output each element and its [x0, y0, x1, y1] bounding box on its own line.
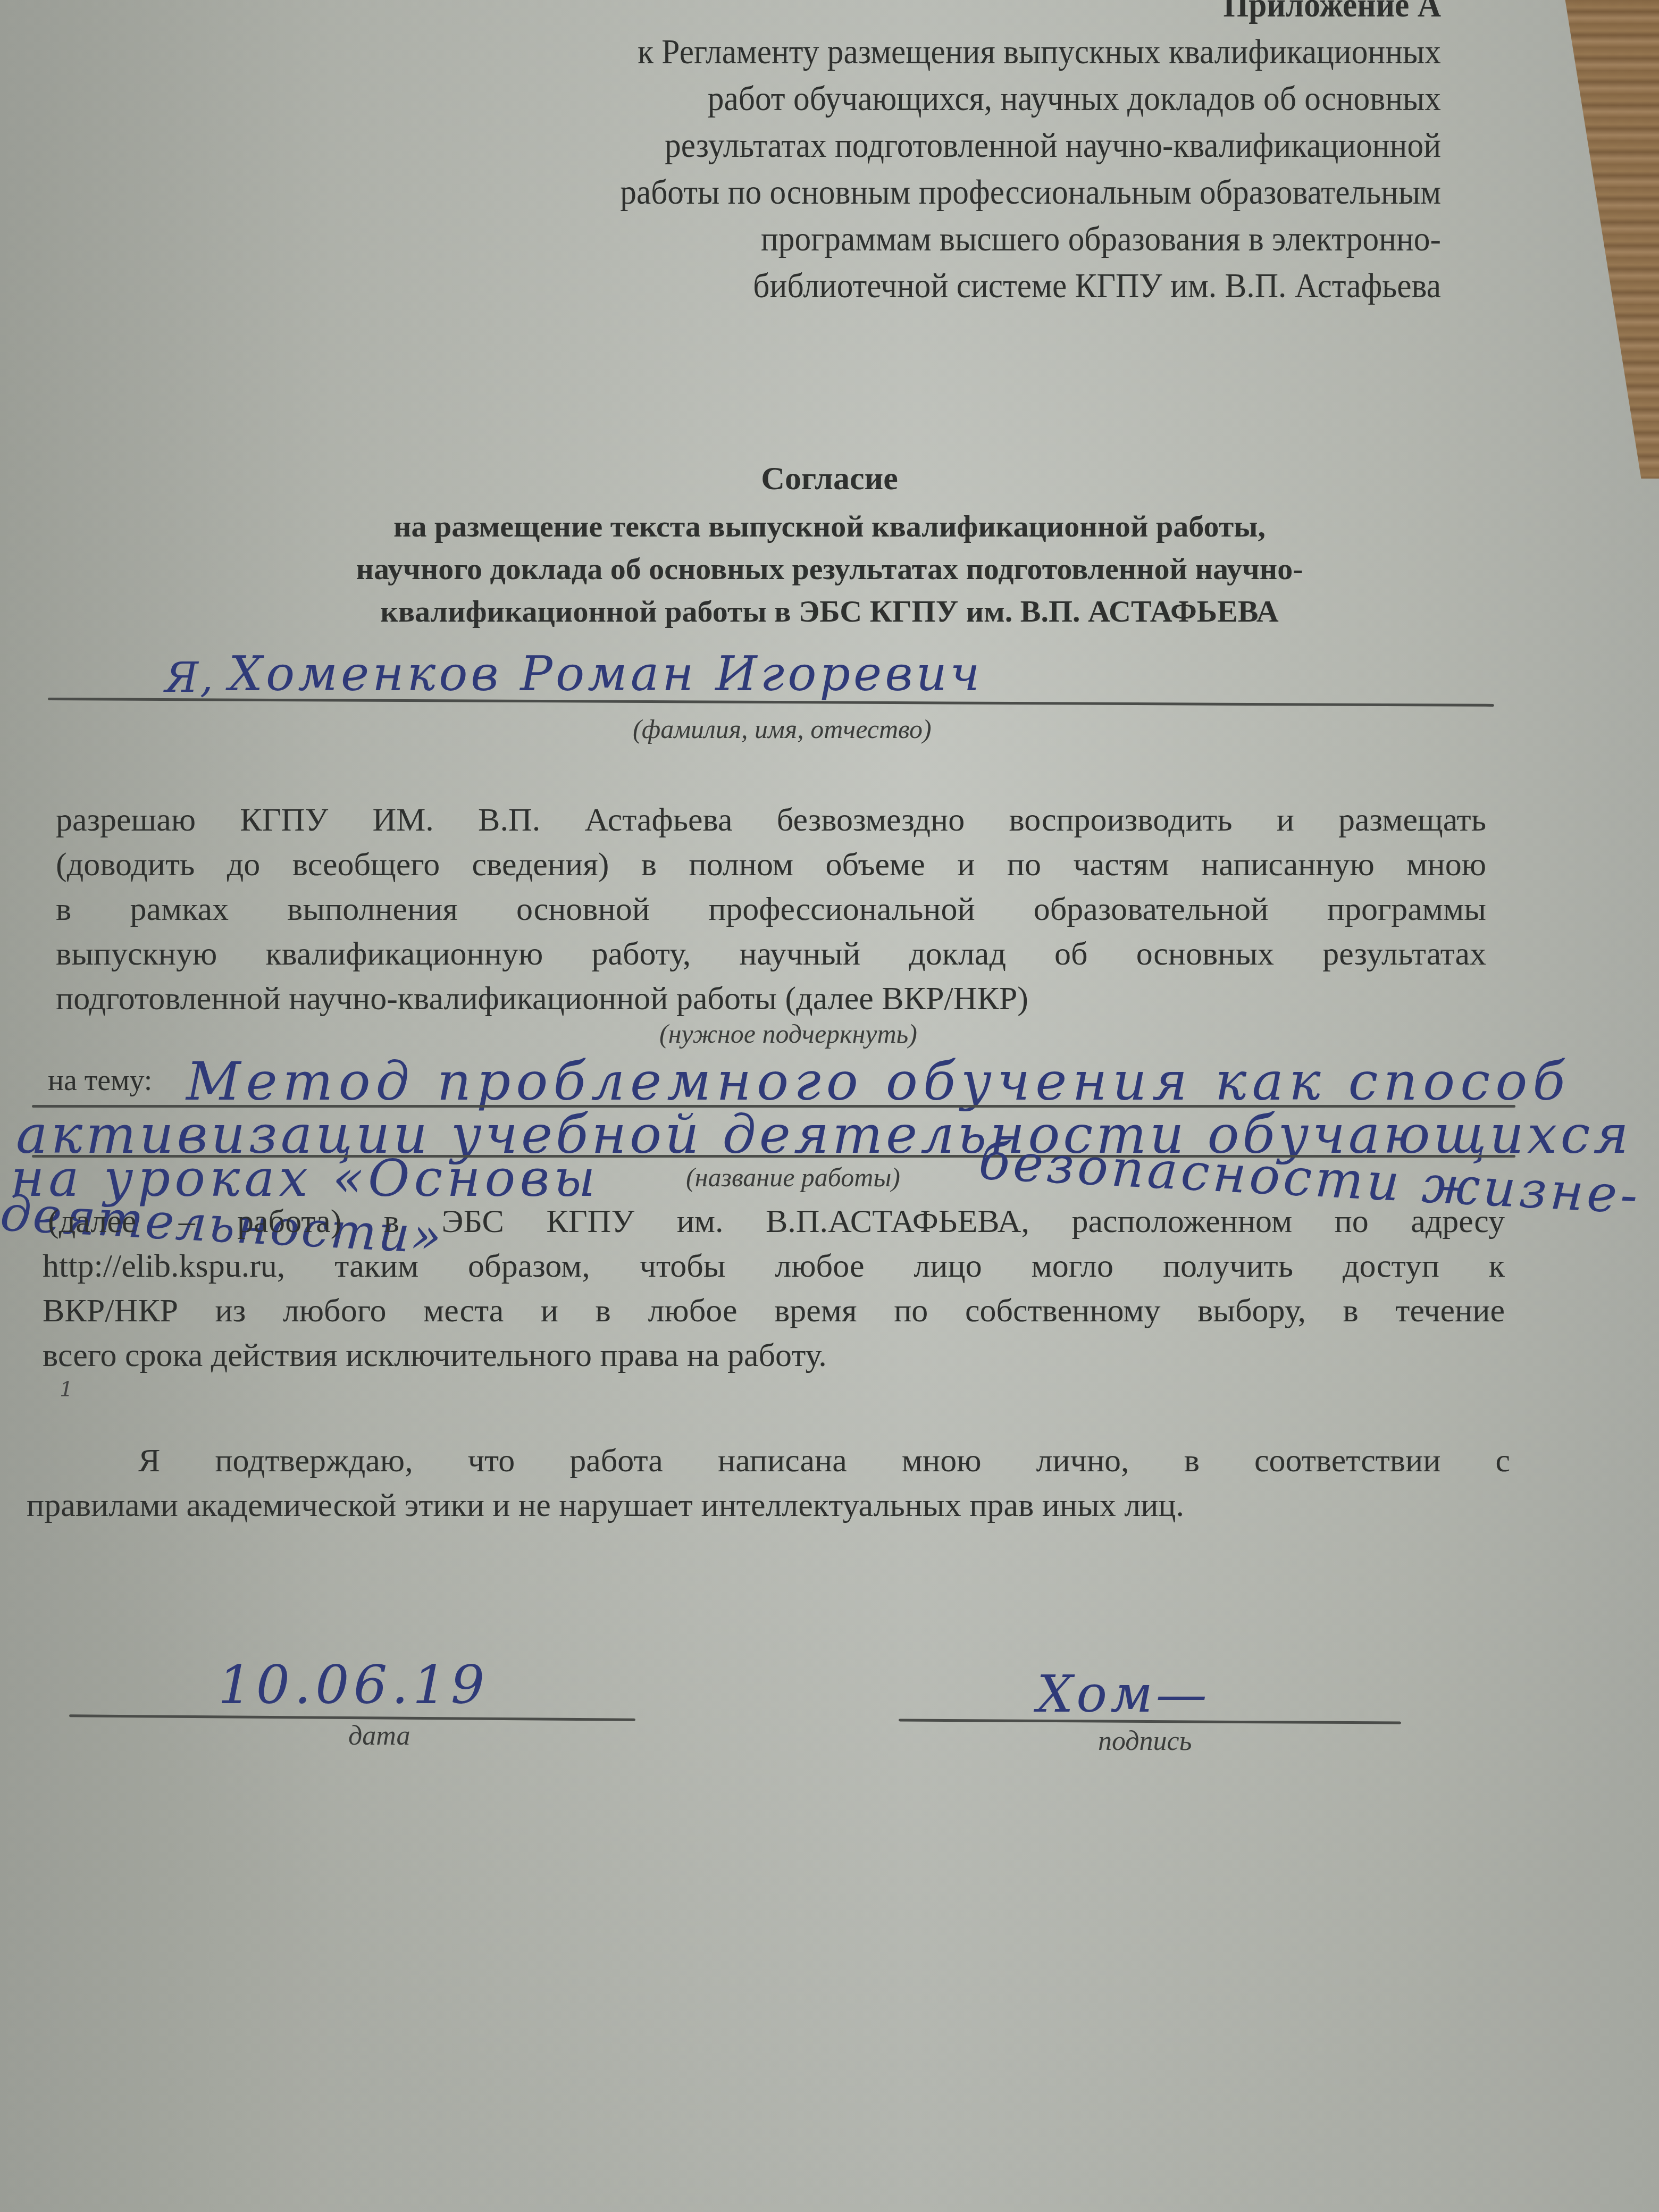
paragraph-line: (доводить до всеобщего сведения) в полно…	[56, 842, 1486, 887]
appendix-line: библиотечной системе КГПУ им. В.П. Астаф…	[452, 263, 1441, 309]
paragraph-line: ВКР/НКР из любого места и в любое время …	[43, 1288, 1505, 1333]
appendix-line: результатах подготовленной научно-квалиф…	[452, 122, 1441, 169]
paragraph-line: правилами академической этики и не наруш…	[27, 1483, 1510, 1528]
permission-paragraph: разрешаю КГПУ ИМ. В.П. Астафьева безвозм…	[56, 798, 1486, 1021]
appendix-line: к Регламенту размещения выпускных квалиф…	[452, 29, 1441, 76]
name-caption: (фамилия, имя, отчество)	[633, 714, 932, 744]
signature-caption: подпись	[1098, 1725, 1192, 1757]
heading-line: квалификационной работы в ЭБС КГПУ им. В…	[181, 590, 1478, 633]
paragraph-line: всего срока действия исключительного пра…	[43, 1333, 1505, 1378]
date-caption: дата	[348, 1720, 410, 1752]
appendix-line: работ обучающихся, научных докладов об о…	[452, 76, 1441, 122]
paragraph-line: выпускную квалификационную работу, научн…	[56, 932, 1486, 976]
heading-line: научного доклада об основных результатах…	[181, 548, 1478, 590]
topic-caption: (название работы)	[686, 1162, 900, 1193]
heading-line: на размещение текста выпускной квалифика…	[181, 505, 1478, 548]
name-value-handwritten[interactable]: Хоменков Роман Игоревич	[229, 646, 983, 702]
paragraph-line: в рамках выполнения основной профессиона…	[56, 887, 1486, 932]
margin-mark: 1	[60, 1377, 74, 1402]
paragraph-line: Я подтверждаю, что работа написана мною …	[27, 1438, 1510, 1483]
date-value-handwritten[interactable]: 10.06.19	[218, 1654, 489, 1716]
appendix-title: Приложение А	[452, 0, 1441, 29]
confirmation-paragraph: Я подтверждаю, что работа написана мною …	[27, 1438, 1510, 1528]
wooden-table-background	[1436, 0, 1659, 479]
topic-label: на тему:	[48, 1063, 152, 1097]
appendix-line: программам высшего образования в электро…	[452, 216, 1441, 263]
paragraph-line: разрешаю КГПУ ИМ. В.П. Астафьева безвозм…	[56, 798, 1486, 842]
signature-handwritten[interactable]: Хом—	[1037, 1664, 1210, 1724]
placement-paragraph: (далее – работа) в ЭБС КГПУ им. В.П.АСТА…	[43, 1199, 1505, 1378]
underline-hint-caption: (нужное подчеркнуть)	[659, 1018, 917, 1049]
paragraph-line: подготовленной научно-квалификационной р…	[56, 976, 1486, 1021]
paragraph-line: (далее – работа) в ЭБС КГПУ им. В.П.АСТА…	[43, 1199, 1505, 1244]
heading-title: Согласие	[181, 457, 1478, 500]
paragraph-line: http://elib.kspu.ru, таким образом, чтоб…	[43, 1244, 1505, 1288]
appendix-header: Приложение А к Регламенту размещения вып…	[452, 0, 1441, 309]
appendix-line: работы по основным профессиональным обра…	[452, 169, 1441, 216]
name-prefix: Я,	[165, 654, 215, 702]
document-heading: Согласие на размещение текста выпускной …	[181, 457, 1478, 633]
